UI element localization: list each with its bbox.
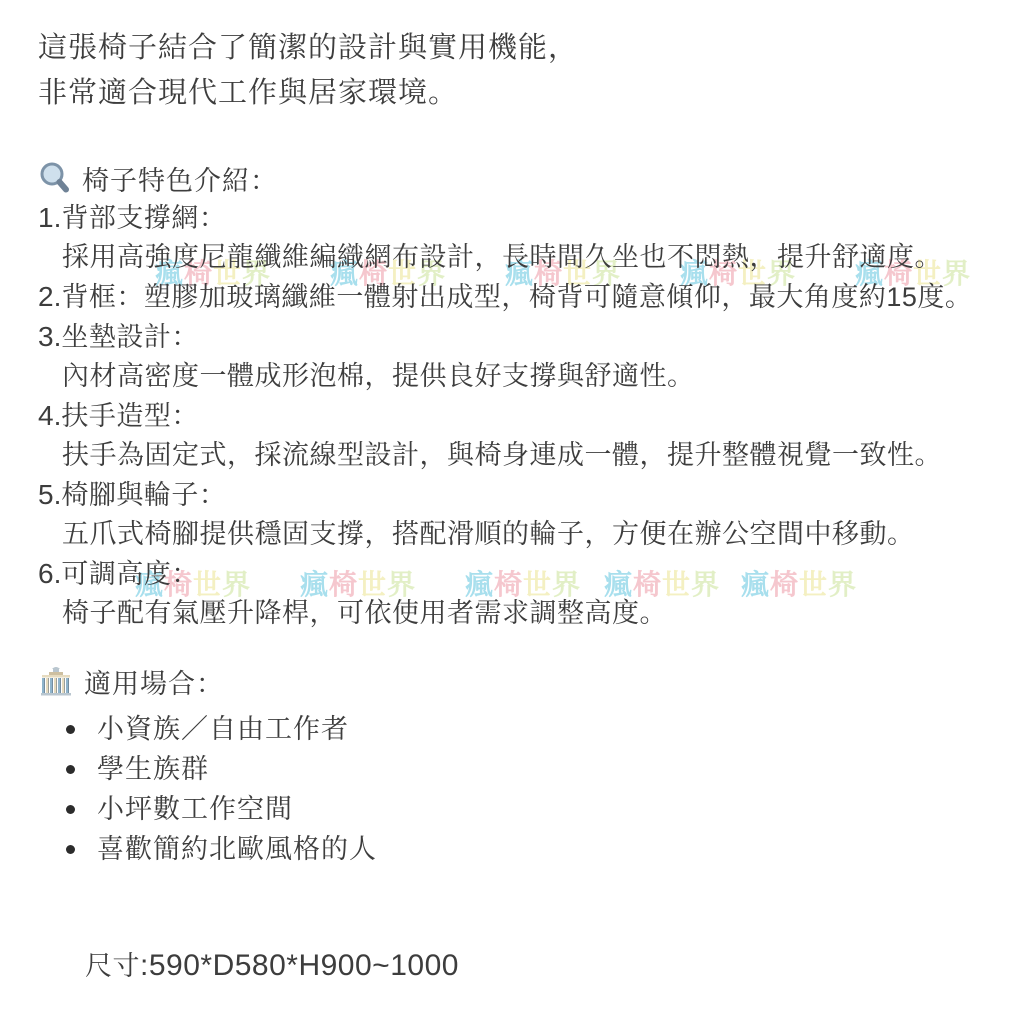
features-heading: 椅子特色介紹： <box>38 158 984 198</box>
use-case-item: 喜歡簡約北歐風格的人 <box>66 829 984 869</box>
feature-item-desc: 五爪式椅腳提供穩固支撐，搭配滑順的輪子，方便在辦公空間中移動。 <box>38 515 984 554</box>
feature-number: 2. <box>38 281 61 312</box>
feature-item-title: 6.可調高度： <box>38 554 984 594</box>
use-case-item: 小坪數工作空間 <box>66 789 984 829</box>
feature-title: 扶手造型： <box>61 401 199 431</box>
feature-item-title: 4.扶手造型： <box>38 396 984 436</box>
use-case-label: 喜歡簡約北歐風格的人 <box>97 829 377 869</box>
feature-title: 背框： <box>61 282 144 312</box>
feature-number: 4. <box>38 400 61 431</box>
feature-item-desc: 內材高密度一體成形泡棉，提供良好支撐與舒適性。 <box>38 357 984 396</box>
use-case-label: 小坪數工作空間 <box>97 789 293 829</box>
feature-number: 1. <box>38 202 61 233</box>
intro-paragraph: 這張椅子結合了簡潔的設計與實用機能， 非常適合現代工作與居家環境。 <box>38 26 984 116</box>
intro-line-2: 非常適合現代工作與居家環境。 <box>38 71 984 116</box>
dimensions-value: :590*D580*H900~1000 <box>140 949 459 982</box>
intro-line-1: 這張椅子結合了簡潔的設計與實用機能， <box>38 26 984 71</box>
feature-number: 6. <box>38 558 61 589</box>
feature-item-title: 5.椅腳與輪子： <box>38 475 984 515</box>
feature-title: 背部支撐網： <box>61 203 226 233</box>
feature-inline-desc: 塑膠加玻璃纖維一體射出成型，椅背可隨意傾仰，最大角度約15度。 <box>144 282 973 312</box>
feature-number: 3. <box>38 321 61 352</box>
chair-description-page: 這張椅子結合了簡潔的設計與實用機能， 非常適合現代工作與居家環境。 椅子特色介紹… <box>0 0 1024 983</box>
use-case-item: 小資族／自由工作者 <box>66 709 984 749</box>
feature-title: 可調高度： <box>61 559 199 589</box>
use-cases-heading: 適用場合： <box>38 661 984 701</box>
feature-item-title: 2.背框：塑膠加玻璃纖維一體射出成型，椅背可隨意傾仰，最大角度約15度。 <box>38 277 984 317</box>
features-heading-label: 椅子特色介紹： <box>82 159 278 198</box>
feature-title: 坐墊設計： <box>61 322 199 352</box>
use-case-label: 學生族群 <box>97 749 209 789</box>
feature-number: 5. <box>38 479 61 510</box>
feature-item-desc: 扶手為固定式，採流線型設計，與椅身連成一體，提升整體視覺一致性。 <box>38 436 984 475</box>
feature-item-desc: 椅子配有氣壓升降桿，可依使用者需求調整高度。 <box>38 594 984 633</box>
bullet-dot <box>66 765 75 774</box>
building-icon <box>38 663 74 699</box>
use-cases-heading-label: 適用場合： <box>84 662 224 701</box>
feature-title: 椅腳與輪子： <box>61 480 226 510</box>
bullet-dot <box>66 725 75 734</box>
feature-list: 1.背部支撐網： 採用高強度尼龍纖維編織網布設計，長時間久坐也不悶熱，提升舒適度… <box>38 198 984 633</box>
use-case-item: 學生族群 <box>66 749 984 789</box>
feature-item-desc: 採用高強度尼龍纖維編織網布設計，長時間久坐也不悶熱，提升舒適度。 <box>38 238 984 277</box>
feature-item-title: 3.坐墊設計： <box>38 317 984 357</box>
use-case-list: 小資族／自由工作者 學生族群 小坪數工作空間 喜歡簡約北歐風格的人 <box>38 709 984 869</box>
bullet-dot <box>66 805 75 814</box>
use-case-label: 小資族／自由工作者 <box>97 709 349 749</box>
dimensions-line: 尺寸:590*D580*H900~1000 <box>85 944 984 983</box>
bullet-dot <box>66 845 75 854</box>
dimensions-label: 尺寸 <box>85 951 140 981</box>
feature-item-title: 1.背部支撐網： <box>38 198 984 238</box>
magnifier-icon <box>38 161 72 195</box>
